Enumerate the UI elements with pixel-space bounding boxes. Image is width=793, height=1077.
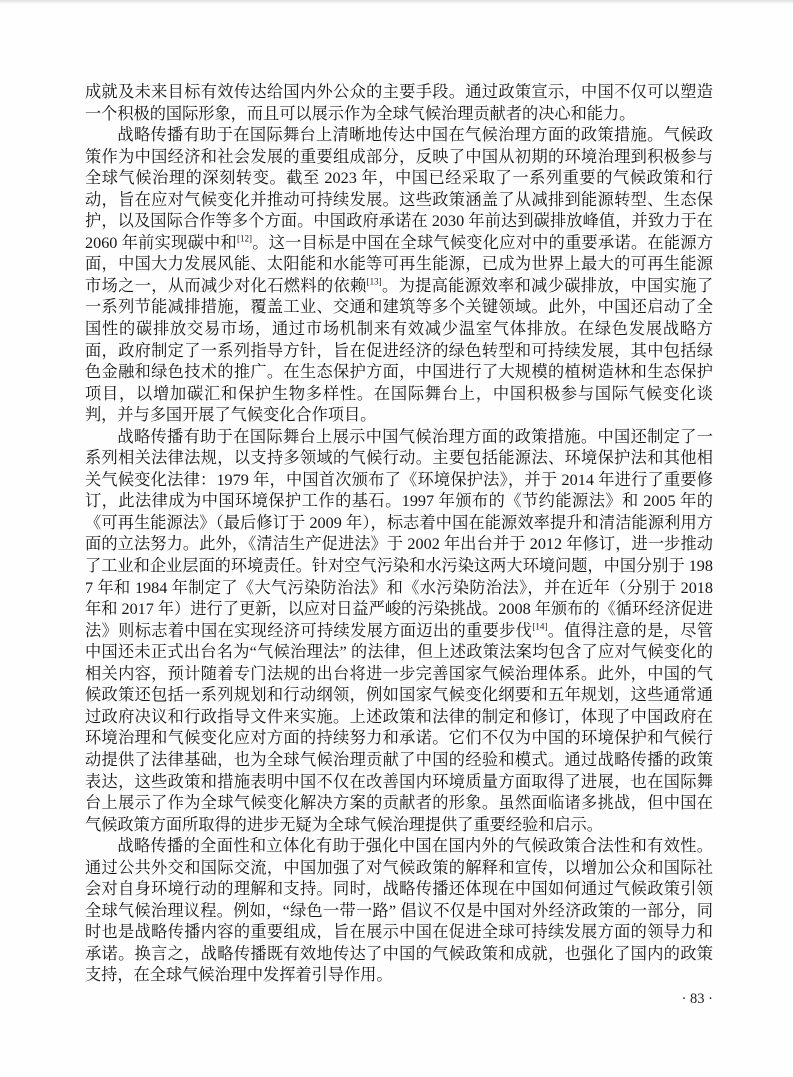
- paragraph: 战略传播有助于在国际舞台上展示中国气候治理方面的政策措施。中国还制定了一系列相关…: [85, 427, 713, 836]
- scan-edge-shadow: [0, 0, 793, 4]
- citation-marker: [13]: [367, 277, 382, 287]
- citation-marker: [12]: [237, 233, 252, 243]
- citation-marker: [14]: [532, 621, 547, 631]
- paragraph: 战略传播有助于在国际舞台上清晰地传达中国在气候治理方面的政策措施。气候政策作为中…: [85, 125, 713, 427]
- body-text: 成就及未来目标有效传达给国内外公众的主要手段。通过政策宣示，中国不仅可以塑造一个…: [85, 82, 713, 987]
- paragraph: 成就及未来目标有效传达给国内外公众的主要手段。通过政策宣示，中国不仅可以塑造一个…: [85, 82, 713, 125]
- page-number: · 83 ·: [85, 991, 713, 1008]
- paragraph: 战略传播的全面性和立体化有助于强化中国在国内外的气候政策合法性和有效性。通过公共…: [85, 836, 713, 987]
- document-page: 成就及未来目标有效传达给国内外公众的主要手段。通过政策宣示，中国不仅可以塑造一个…: [0, 0, 793, 1077]
